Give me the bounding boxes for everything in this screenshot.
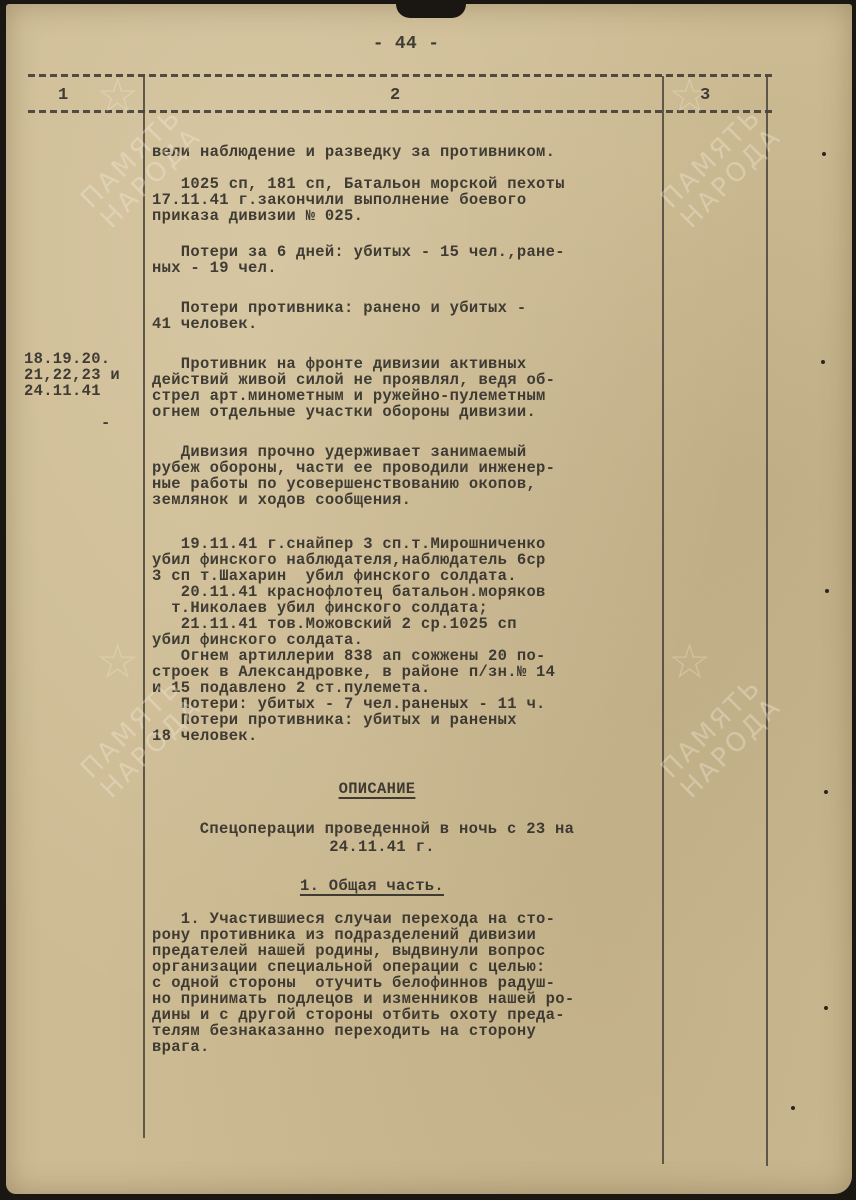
paper-speck [821, 360, 825, 364]
report-paragraph: 19.11.41 г.снайпер 3 сп.т.Мирошниченко у… [152, 536, 662, 744]
report-paragraph: 1025 сп, 181 сп, Батальон морской пехоты… [152, 176, 662, 224]
description-paragraph: 1. Участившиеся случаи перехода на сто- … [152, 911, 662, 1055]
section-title: 1. Общая часть. [152, 877, 592, 895]
paper-speck [824, 1006, 828, 1010]
paper-speck [822, 152, 826, 156]
column-divider-3 [766, 76, 768, 1166]
paper-speck [825, 589, 829, 593]
paper-fold [396, 4, 466, 18]
date-dash-mark: - [101, 414, 111, 432]
watermark-star-icon: ☆ [96, 634, 139, 690]
report-paragraph: Потери за 6 дней: убитых - 15 чел.,ране-… [152, 244, 662, 276]
column-header-2: 2 [390, 86, 401, 105]
description-title: ОПИСАНИЕ [152, 780, 602, 798]
page-number: - 44 - [366, 34, 446, 54]
report-paragraph: Дивизия прочно удерживает занимаемый руб… [152, 444, 662, 508]
paper-speck [791, 1106, 795, 1110]
column-divider-2 [662, 76, 664, 1164]
column-header-3: 3 [700, 86, 711, 105]
watermark-star-icon: ☆ [668, 634, 711, 690]
paper-speck [824, 790, 828, 794]
entry-date: 18.19.20. 21,22,23 и 24.11.41 [24, 351, 120, 399]
report-paragraph: Противник на фронте дивизии активных дей… [152, 356, 662, 420]
report-paragraph: вели наблюдение и разведку за противнико… [152, 144, 662, 160]
report-paragraph: Потери противника: ранено и убитых - 41 … [152, 300, 662, 332]
description-subtitle-line2: 24.11.41 г. [152, 838, 612, 856]
column-header-1: 1 [58, 86, 69, 105]
archival-document-page: - 44 - 1 2 3 18.19.20. 21,22,23 и 24.11.… [6, 4, 852, 1194]
column-divider-1 [143, 76, 145, 1138]
description-subtitle-line1: Спецоперации проведенной в ночь с 23 на [152, 820, 622, 838]
